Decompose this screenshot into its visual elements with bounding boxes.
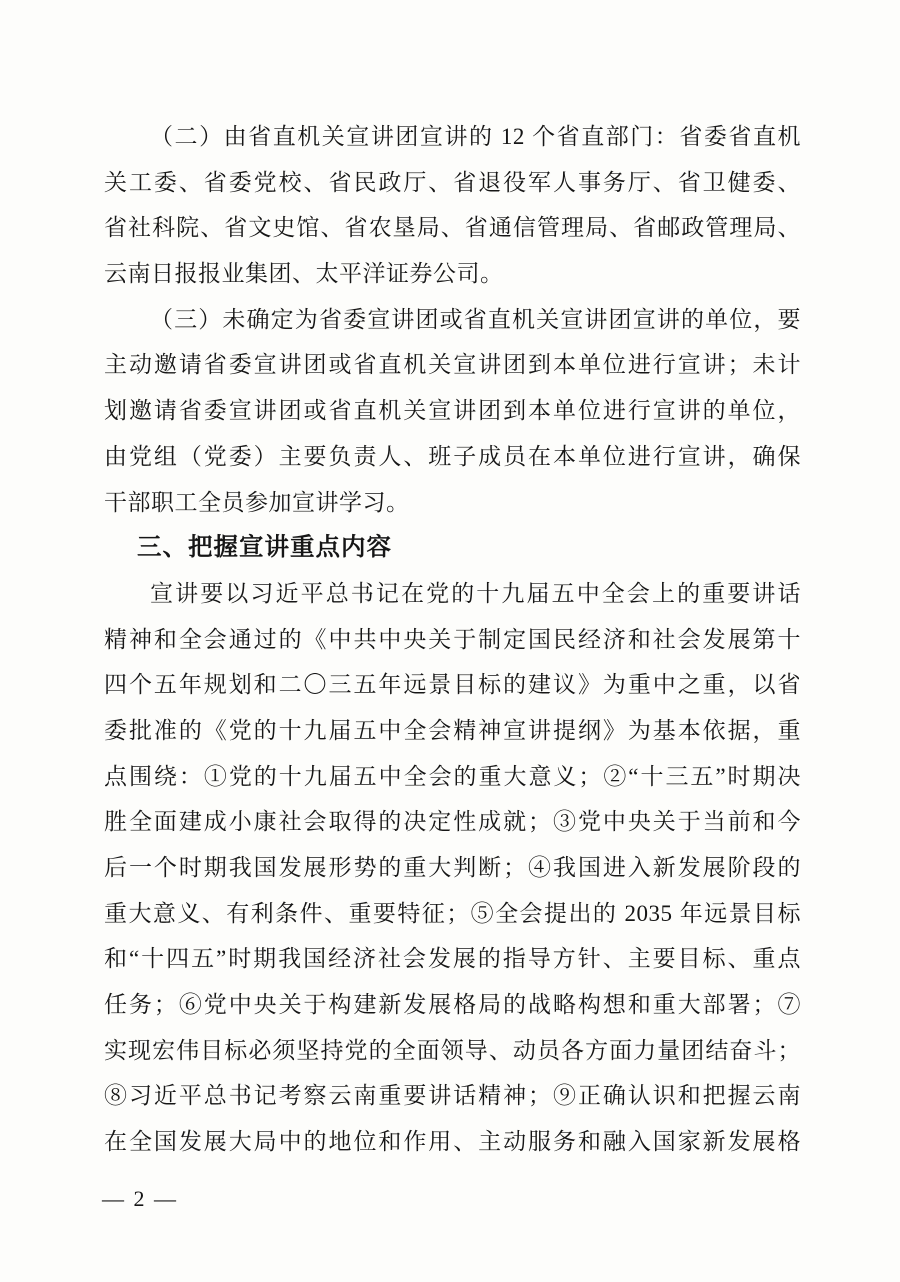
body-line: 四个五年规划和二〇三五年远景目标的建议》为重中之重，以省 (104, 662, 801, 708)
page-number: — 2 — (102, 1186, 178, 1211)
body-line: （二）由省直机关宣讲团宣讲的 12 个省直部门：省委省直机 (104, 114, 801, 160)
body-line: 干部职工全员参加宣讲学习。 (104, 480, 801, 526)
body-line: 在全国发展大局中的地位和作用、主动服务和融入国家新发展格 (104, 1119, 801, 1165)
body-line: 宣讲要以习近平总书记在党的十九届五中全会上的重要讲话 (104, 571, 801, 617)
section-heading: 三、把握宣讲重点内容 (104, 525, 801, 571)
body-line: 胜全面建成小康社会取得的决定性成就；③党中央关于当前和今 (104, 799, 801, 845)
body-line: 关工委、省委党校、省民政厅、省退役军人事务厅、省卫健委、 (104, 160, 801, 206)
body-line: （三）未确定为省委宣讲团或省直机关宣讲团宣讲的单位，要 (104, 297, 801, 343)
body-line: 点围绕：①党的十九届五中全会的重大意义；②“十三五”时期决 (104, 754, 801, 800)
body-line: 任务；⑥党中央关于构建新发展格局的战略构想和重大部署；⑦ (104, 982, 801, 1028)
body-line: 后一个时期我国发展形势的重大判断；④我国进入新发展阶段的 (104, 845, 801, 891)
body-line: 实现宏伟目标必须坚持党的全面领导、动员各方面力量团结奋斗； (104, 1028, 801, 1074)
page-footer: — 2 — (102, 1186, 178, 1212)
scanned-document-page: （二）由省直机关宣讲团宣讲的 12 个省直部门：省委省直机 关工委、省委党校、省… (0, 0, 900, 1282)
document-body: （二）由省直机关宣讲团宣讲的 12 个省直部门：省委省直机 关工委、省委党校、省… (104, 114, 801, 1165)
body-line: 省社科院、省文史馆、省农垦局、省通信管理局、省邮政管理局、 (104, 205, 801, 251)
body-line: 主动邀请省委宣讲团或省直机关宣讲团到本单位进行宣讲；未计 (104, 342, 801, 388)
body-line: 重大意义、有利条件、重要特征；⑤全会提出的 2035 年远景目标 (104, 891, 801, 937)
body-line: 划邀请省委宣讲团或省直机关宣讲团到本单位进行宣讲的单位， (104, 388, 801, 434)
body-line: 云南日报报业集团、太平洋证券公司。 (104, 251, 801, 297)
body-line: 精神和全会通过的《中共中央关于制定国民经济和社会发展第十 (104, 617, 801, 663)
body-line: 由党组（党委）主要负责人、班子成员在本单位进行宣讲，确保 (104, 434, 801, 480)
body-line: 和“十四五”时期我国经济社会发展的指导方针、主要目标、重点 (104, 936, 801, 982)
body-line: 委批准的《党的十九届五中全会精神宣讲提纲》为基本依据，重 (104, 708, 801, 754)
body-line: ⑧习近平总书记考察云南重要讲话精神；⑨正确认识和把握云南 (104, 1073, 801, 1119)
